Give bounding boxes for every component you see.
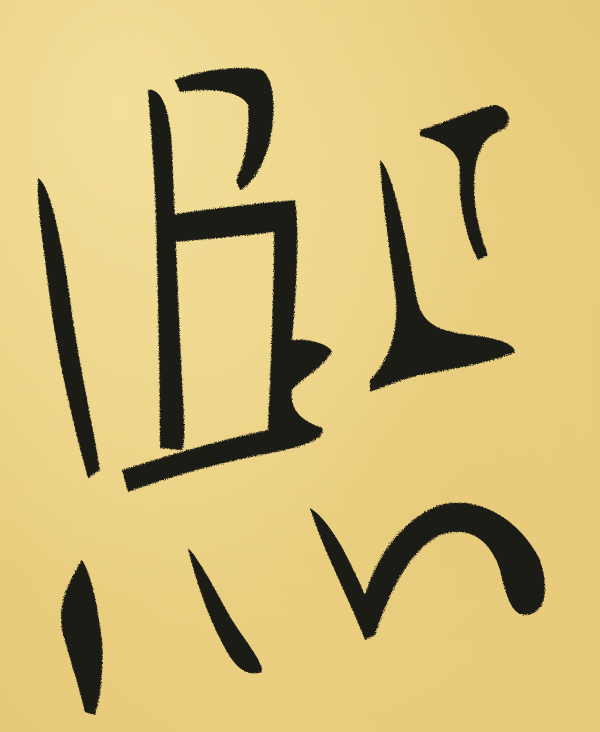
stroke-top-hook — [175, 68, 274, 190]
paper-background — [0, 0, 600, 732]
stroke-bottom-dot-1 — [61, 560, 102, 715]
stroke-bottom-dot-3 — [310, 503, 545, 640]
stroke-center-vertical — [148, 90, 184, 450]
stroke-left-vertical — [38, 178, 100, 478]
stroke-right-body — [370, 160, 515, 392]
stroke-box — [122, 200, 332, 492]
calligraphy-character — [0, 0, 600, 732]
stroke-top-right — [420, 105, 509, 260]
stroke-bottom-dot-2 — [188, 548, 262, 673]
